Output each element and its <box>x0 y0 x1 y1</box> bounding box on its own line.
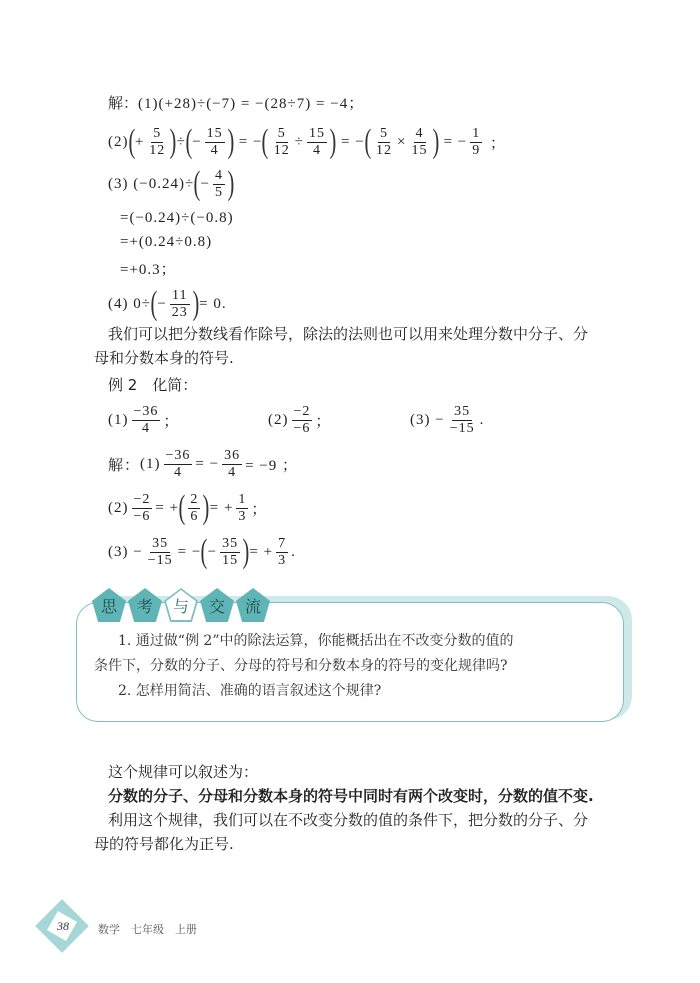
sign: + <box>135 134 144 151</box>
badge-liu: 流 <box>236 588 270 622</box>
fraction: 512 <box>272 126 292 159</box>
book-title: 数学 七年级 上册 <box>98 921 197 937</box>
example-2-item-2: (2) −2−6 ； <box>268 400 331 440</box>
fraction: 35−15 <box>146 536 175 569</box>
solution-1-part-4: (4) 0÷ (−1123) = 0. <box>108 284 227 324</box>
badge-kao: 考 <box>128 588 162 622</box>
fraction: −364 <box>164 448 193 481</box>
item-number: (4) <box>108 296 129 313</box>
question-1-line-1: 1. 通过做“例 2”中的除法运算，你能概括出在不改变分数的值的 <box>118 630 513 650</box>
paragraph-line: 我们可以把分数线看作除号，除法的法则也可以用来处理分数中分子、分 <box>108 322 638 346</box>
solution-2-part-3: (3) − 35−15 = − (− 3515) = + 73 . <box>108 530 296 574</box>
think-discuss-badges: 思 考 与 交 流 <box>92 588 270 622</box>
solution-label: 解： <box>108 454 140 475</box>
fraction: 45 <box>213 168 225 201</box>
solution-1-part-3-step-3: =+0.3； <box>120 258 177 279</box>
badge-si: 思 <box>92 588 126 622</box>
fraction: −2−6 <box>292 404 313 437</box>
example-2-item-3: (3) − 35−15 . <box>410 400 484 440</box>
solution-2-part-2: (2) −2−6 = + (26) = + 13 ； <box>108 486 267 530</box>
page-number: 38 <box>52 919 74 934</box>
fraction: 512 <box>374 126 394 159</box>
fraction: 26 <box>188 492 200 525</box>
paragraph-fraction-as-division: 我们可以把分数线看作除号，除法的法则也可以用来处理分数中分子、分 母和分数本身的… <box>108 322 638 370</box>
rule-statement: 分数的分子、分母和分数本身的符号中同时有两个改变时，分数的值不变. <box>108 784 668 808</box>
solution-1-part-2: (2) (+ 512) ÷(− 154) = −( 512÷ 154) = −(… <box>108 120 506 164</box>
solution-1-part-3-head: (3) (−0.24)÷ (−45) <box>108 164 234 204</box>
solution-1-part-3-step-2: =+(0.24÷0.8) <box>120 234 212 251</box>
question-2: 2. 怎样用简洁、准确的语言叙述这个规律? <box>118 680 381 700</box>
rule-intro: 这个规律可以叙述为： <box>108 760 638 784</box>
fraction: 364 <box>222 448 242 481</box>
badge-yu: 与 <box>164 588 198 622</box>
result-sign: = − <box>444 134 468 151</box>
fraction: 35−15 <box>448 404 477 437</box>
fraction: −364 <box>132 404 161 437</box>
solution-label: 解： <box>108 92 138 113</box>
fraction: −2−6 <box>132 492 153 525</box>
fraction: 512 <box>147 126 167 159</box>
fraction: 19 <box>470 126 482 159</box>
paragraph-line: 母的符号都化为正号. <box>94 832 638 856</box>
fraction: 415 <box>410 126 430 159</box>
expression: 0÷ <box>133 296 151 313</box>
fraction: 13 <box>236 492 248 525</box>
equation-1: (1)(+28)÷(−7) = −(28÷7) = −4； <box>138 92 364 113</box>
fraction: 154 <box>205 126 225 159</box>
fraction: 3515 <box>220 536 240 569</box>
sign: − <box>192 134 201 151</box>
item-number: (2) <box>108 134 129 151</box>
result: = 0. <box>199 296 226 313</box>
question-1-line-2: 条件下，分数的分子、分母的符号和分数本身的符号的变化规律吗? <box>94 655 508 675</box>
paragraph-line: 母和分数本身的符号. <box>94 346 638 370</box>
paragraph-apply-rule: 利用这个规律，我们可以在不改变分数的值的条件下，把分数的分子、分 母的符号都化为… <box>108 808 638 856</box>
example-2-item-1: (1) −364 ； <box>108 400 179 440</box>
paragraph-line: 利用这个规律，我们可以在不改变分数的值的条件下，把分数的分子、分 <box>108 808 638 832</box>
solution-1-part-1: 解： (1)(+28)÷(−7) = −(28÷7) = −4； <box>108 92 364 113</box>
solution-2-part-1: 解： (1) −364 = − 364 = −9 ； <box>108 444 298 484</box>
expression: (−0.24)÷ <box>133 176 194 193</box>
example-2-title: 例 2 化简： <box>108 374 197 395</box>
item-number: (3) <box>108 176 129 193</box>
solution-1-part-3-step-1: =(−0.24)÷(−0.8) <box>120 210 234 227</box>
fraction: 154 <box>307 126 327 159</box>
fraction: 1123 <box>170 288 190 321</box>
fraction: 73 <box>276 536 288 569</box>
badge-jiao: 交 <box>200 588 234 622</box>
